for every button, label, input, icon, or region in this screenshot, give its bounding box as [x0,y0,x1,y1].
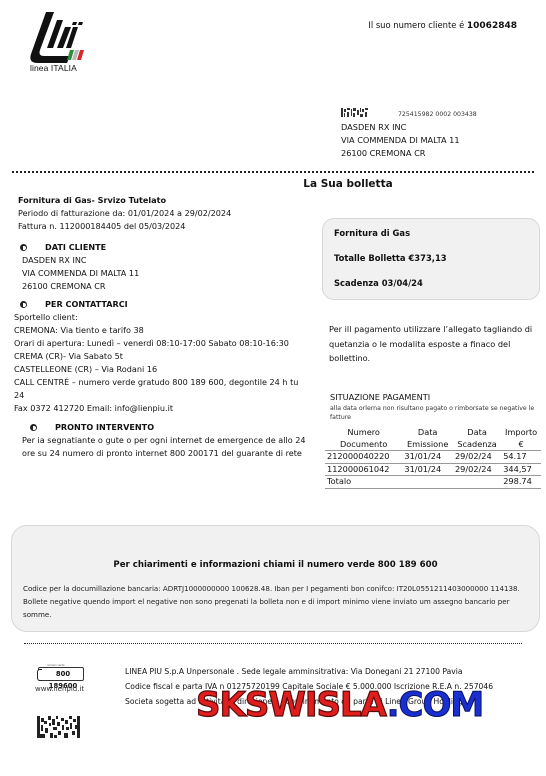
cut-line-divider [12,171,534,173]
website-link[interactable]: www.lienpiu.it [35,685,84,693]
payments-table: NumeroDocumento DataEmissione DataScaden… [325,426,541,489]
cell-issue-date: 31/01/24 [402,463,453,476]
bill-title: La Sua bolletta [0,178,546,190]
table-total-row: Totalo 298.74 [325,476,541,489]
barcode-number: 725415982 0002 003438 [398,111,477,118]
pronto-title: PRONTO INTERVENTO [55,421,154,434]
customer-city: 26100 CREMONA CR [22,280,308,293]
bullet-icon [20,244,27,251]
dati-cliente-heading: DATI CLIENTE [18,241,308,254]
recipient-name: DASDEN RX INC [341,121,460,134]
col-header-issue-date: DataEmissione [402,426,453,451]
bullet-icon [20,301,27,308]
col-header-amount: Importo€ [501,426,541,451]
contatti-heading: PER CONTATTARCI [18,298,308,311]
billing-period: Periodo di fatturazione da: 01/01/2024 a… [18,207,308,220]
dati-cliente-title: DATI CLIENTE [45,241,106,254]
bill-summary-box: Fornitura di Gas Totalle Bolletta €373,1… [322,218,540,300]
logo-text: linea ITALIA [30,63,77,73]
table-row: 212000040220 31/01/24 29/02/24 54.17 [325,451,541,464]
payment-note: Per ill pagamento utilizzare l’allegato … [329,322,541,366]
legal-line: LINEA PIU S.p.A Unpersonale . Sede legal… [125,664,545,679]
contatti-title: PER CONTATTARCI [45,298,128,311]
cell-due-date: 29/02/24 [453,451,501,464]
invoice-number: Fattura n. 112000184405 del 05/03/2024 [18,220,308,233]
contact-line: CASTELLEONE (CR) – Via Rodani 16 [14,363,308,376]
summary-due-date: Scadenza 03/04/24 [334,278,539,303]
watermark: SKSWISLA.COM [196,688,483,722]
cut-line-divider [24,643,522,644]
bullet-icon [30,424,37,431]
pronto-heading: PRONTO INTERVENTO [18,421,308,434]
contact-line: Orari di apertura: Lunedì – venerdì 08:1… [14,337,308,350]
pronto-line: ore su 24 numero di pronto internet 800 … [22,447,308,460]
contact-line: Fax 0372 412720 Email: info@lienpiu.it [14,402,308,415]
summary-service: Fornitura di Gas [334,228,539,253]
recipient-city: 26100 CREMONA CR [341,147,460,160]
contatti-body: Sportello client: CREMONA: Via tiento e … [14,311,308,415]
cell-document: 212000040220 [325,451,402,464]
contact-line: Sportello client: [14,311,308,324]
payments-title: SITUAZIONE PAGAMENTI [330,392,430,402]
client-number-label: Il suo numero cliente é [368,20,464,30]
cell-issue-date: 31/01/24 [402,451,453,464]
contact-line: CREMONA: Via tiento e tarifo 38 [14,324,308,337]
bill-details-column: Fornitura di Gas- Srvizo Tutelato Period… [18,194,308,460]
recipient-address: DASDEN RX INC VIA COMMENDA DI MALTA 11 2… [341,121,460,160]
phone-badge-caption: numero verde [47,664,65,667]
qr-code-icon [37,716,80,738]
table-header-row: NumeroDocumento DataEmissione DataScaden… [325,426,541,451]
pronto-line: Per ia segnatiante o gute o per ogni int… [22,434,308,447]
col-header-due-date: DataScadenza [453,426,501,451]
cell-document: 112000061042 [325,463,402,476]
contact-line: CREMA (CR)- Via Sabato 5t [14,350,308,363]
service-name: Fornitura di Gas- Srvizo Tutelato [18,194,308,207]
customer-name: DASDEN RX INC [22,254,308,267]
pronto-body: Per ia segnatiante o gute o per ogni int… [18,434,308,460]
client-number-value: 10062848 [467,21,517,31]
cell-amount: 54.17 [501,451,541,464]
table-row: 112000061042 31/01/24 29/02/24 344,57 [325,463,541,476]
watermark-red: SKSWISLA [196,685,387,725]
col-header-document: NumeroDocumento [325,426,402,451]
cell-amount: 344,57 [501,463,541,476]
watermark-blue: .COM [387,685,484,725]
postal-barcode-icon [341,108,368,117]
summary-total: Totalle Bolletta €373,13 [334,253,539,278]
contact-line: CALL CENTRÉ – numero verde gratudo 800 1… [14,376,308,402]
client-number: Il suo numero cliente é 10062848 [368,20,517,31]
info-body: Codice per la documillazione bancaria: A… [23,582,533,621]
recipient-street: VIA COMMENDA DI MALTA 11 [341,134,460,147]
cell-due-date: 29/02/24 [453,463,501,476]
customer-street: VIA COMMENDA DI MALTA 11 [22,267,308,280]
payments-subtitle: alla data orlerna non risultano pagato o… [330,405,540,422]
total-value: 298.74 [501,476,541,489]
dati-cliente-body: DASDEN RX INC VIA COMMENDA DI MALTA 11 2… [18,254,308,293]
total-label: Totalo [325,476,402,489]
info-title: Per chiarimenti e informazioni chiami il… [11,560,540,570]
phone-badge: numero verde 800 189600 [38,667,84,681]
